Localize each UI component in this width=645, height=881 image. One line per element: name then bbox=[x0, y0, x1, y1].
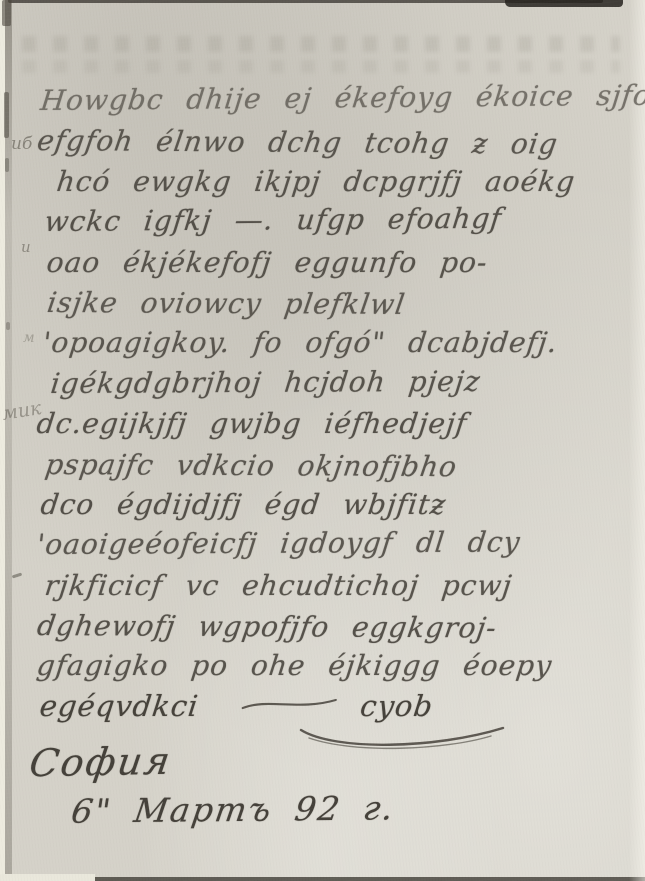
scan-bottom-left-corner bbox=[0, 874, 95, 881]
handwriting-line: oao ékjékefofj eggunfo po- bbox=[44, 246, 639, 286]
margin-mark: м bbox=[23, 330, 35, 346]
margin-mark: иб bbox=[11, 134, 32, 154]
handwriting-line: hcó ewgkg ikjpj dcpgrjfj aoékg bbox=[54, 165, 639, 205]
pencil-dash-mark bbox=[12, 573, 22, 579]
scan-top-edge-blob bbox=[505, 0, 623, 7]
handwriting-line: igékgdgbrjhoj hcjdoh pjejz bbox=[48, 364, 639, 407]
ghost-text-band bbox=[22, 60, 620, 73]
place-line: София bbox=[27, 739, 175, 785]
handwriting-line: wckc igfkj —. ufgp efoahgf bbox=[42, 201, 639, 246]
handwriting-line: Howgbc dhije ej ékefoyg ékoice sjfoko bbox=[38, 79, 639, 125]
long-dash-flourish bbox=[240, 695, 338, 713]
scan-edge-speck bbox=[6, 322, 10, 330]
letter-body: Howgbc dhije ej ékefoyg ékoice sjfoko ef… bbox=[34, 84, 634, 690]
date-line: 6" Мартъ 92 г. bbox=[69, 788, 398, 830]
handwriting-line: dc.egijkjfj gwjbg iéfhedjejf bbox=[34, 407, 639, 447]
scan-edge-speck bbox=[5, 158, 9, 172]
margin-mark: и bbox=[21, 238, 31, 256]
signoff-word: egéqvdkci bbox=[38, 689, 201, 723]
signature: cyob bbox=[358, 689, 435, 723]
handwriting-line: pspajfc vdkcio okjnofjbho bbox=[42, 448, 639, 491]
handwriting-line: gfagigko po ohe éjkiggg éoepy bbox=[34, 649, 639, 689]
signature-flourish-underline bbox=[295, 724, 510, 752]
handwriting-line: 'opoagigkoy. fo ofgó" dcabjdefj. bbox=[40, 326, 639, 366]
handwriting-line: efgfoh élnwo dchg tcohg ƶ oig bbox=[34, 124, 639, 169]
ghost-text-band bbox=[22, 36, 620, 52]
handwriting-line: 'oaoigeéofeicfj igdoygf dl dcy bbox=[34, 525, 639, 569]
scan-edge-speck bbox=[2, 0, 11, 26]
handwriting-line: isjke oviowcy plefklwl bbox=[44, 286, 639, 329]
scanned-letter-page: иб и м мик Howgbc dhije ej ékefoyg ékoic… bbox=[0, 0, 645, 881]
scan-edge-speck bbox=[4, 92, 9, 138]
handwriting-line: rjkficicf vc ehcudtichoj pcwj bbox=[42, 569, 639, 609]
handwriting-line: dco égdijdjfj égd wbjfitƶ bbox=[38, 488, 639, 528]
signoff-line: egéqvdkci cyob bbox=[38, 689, 435, 723]
handwriting-line: dghewofj wgpofjfo eggkgroj- bbox=[34, 609, 639, 653]
scan-bottom-edge bbox=[92, 877, 645, 881]
